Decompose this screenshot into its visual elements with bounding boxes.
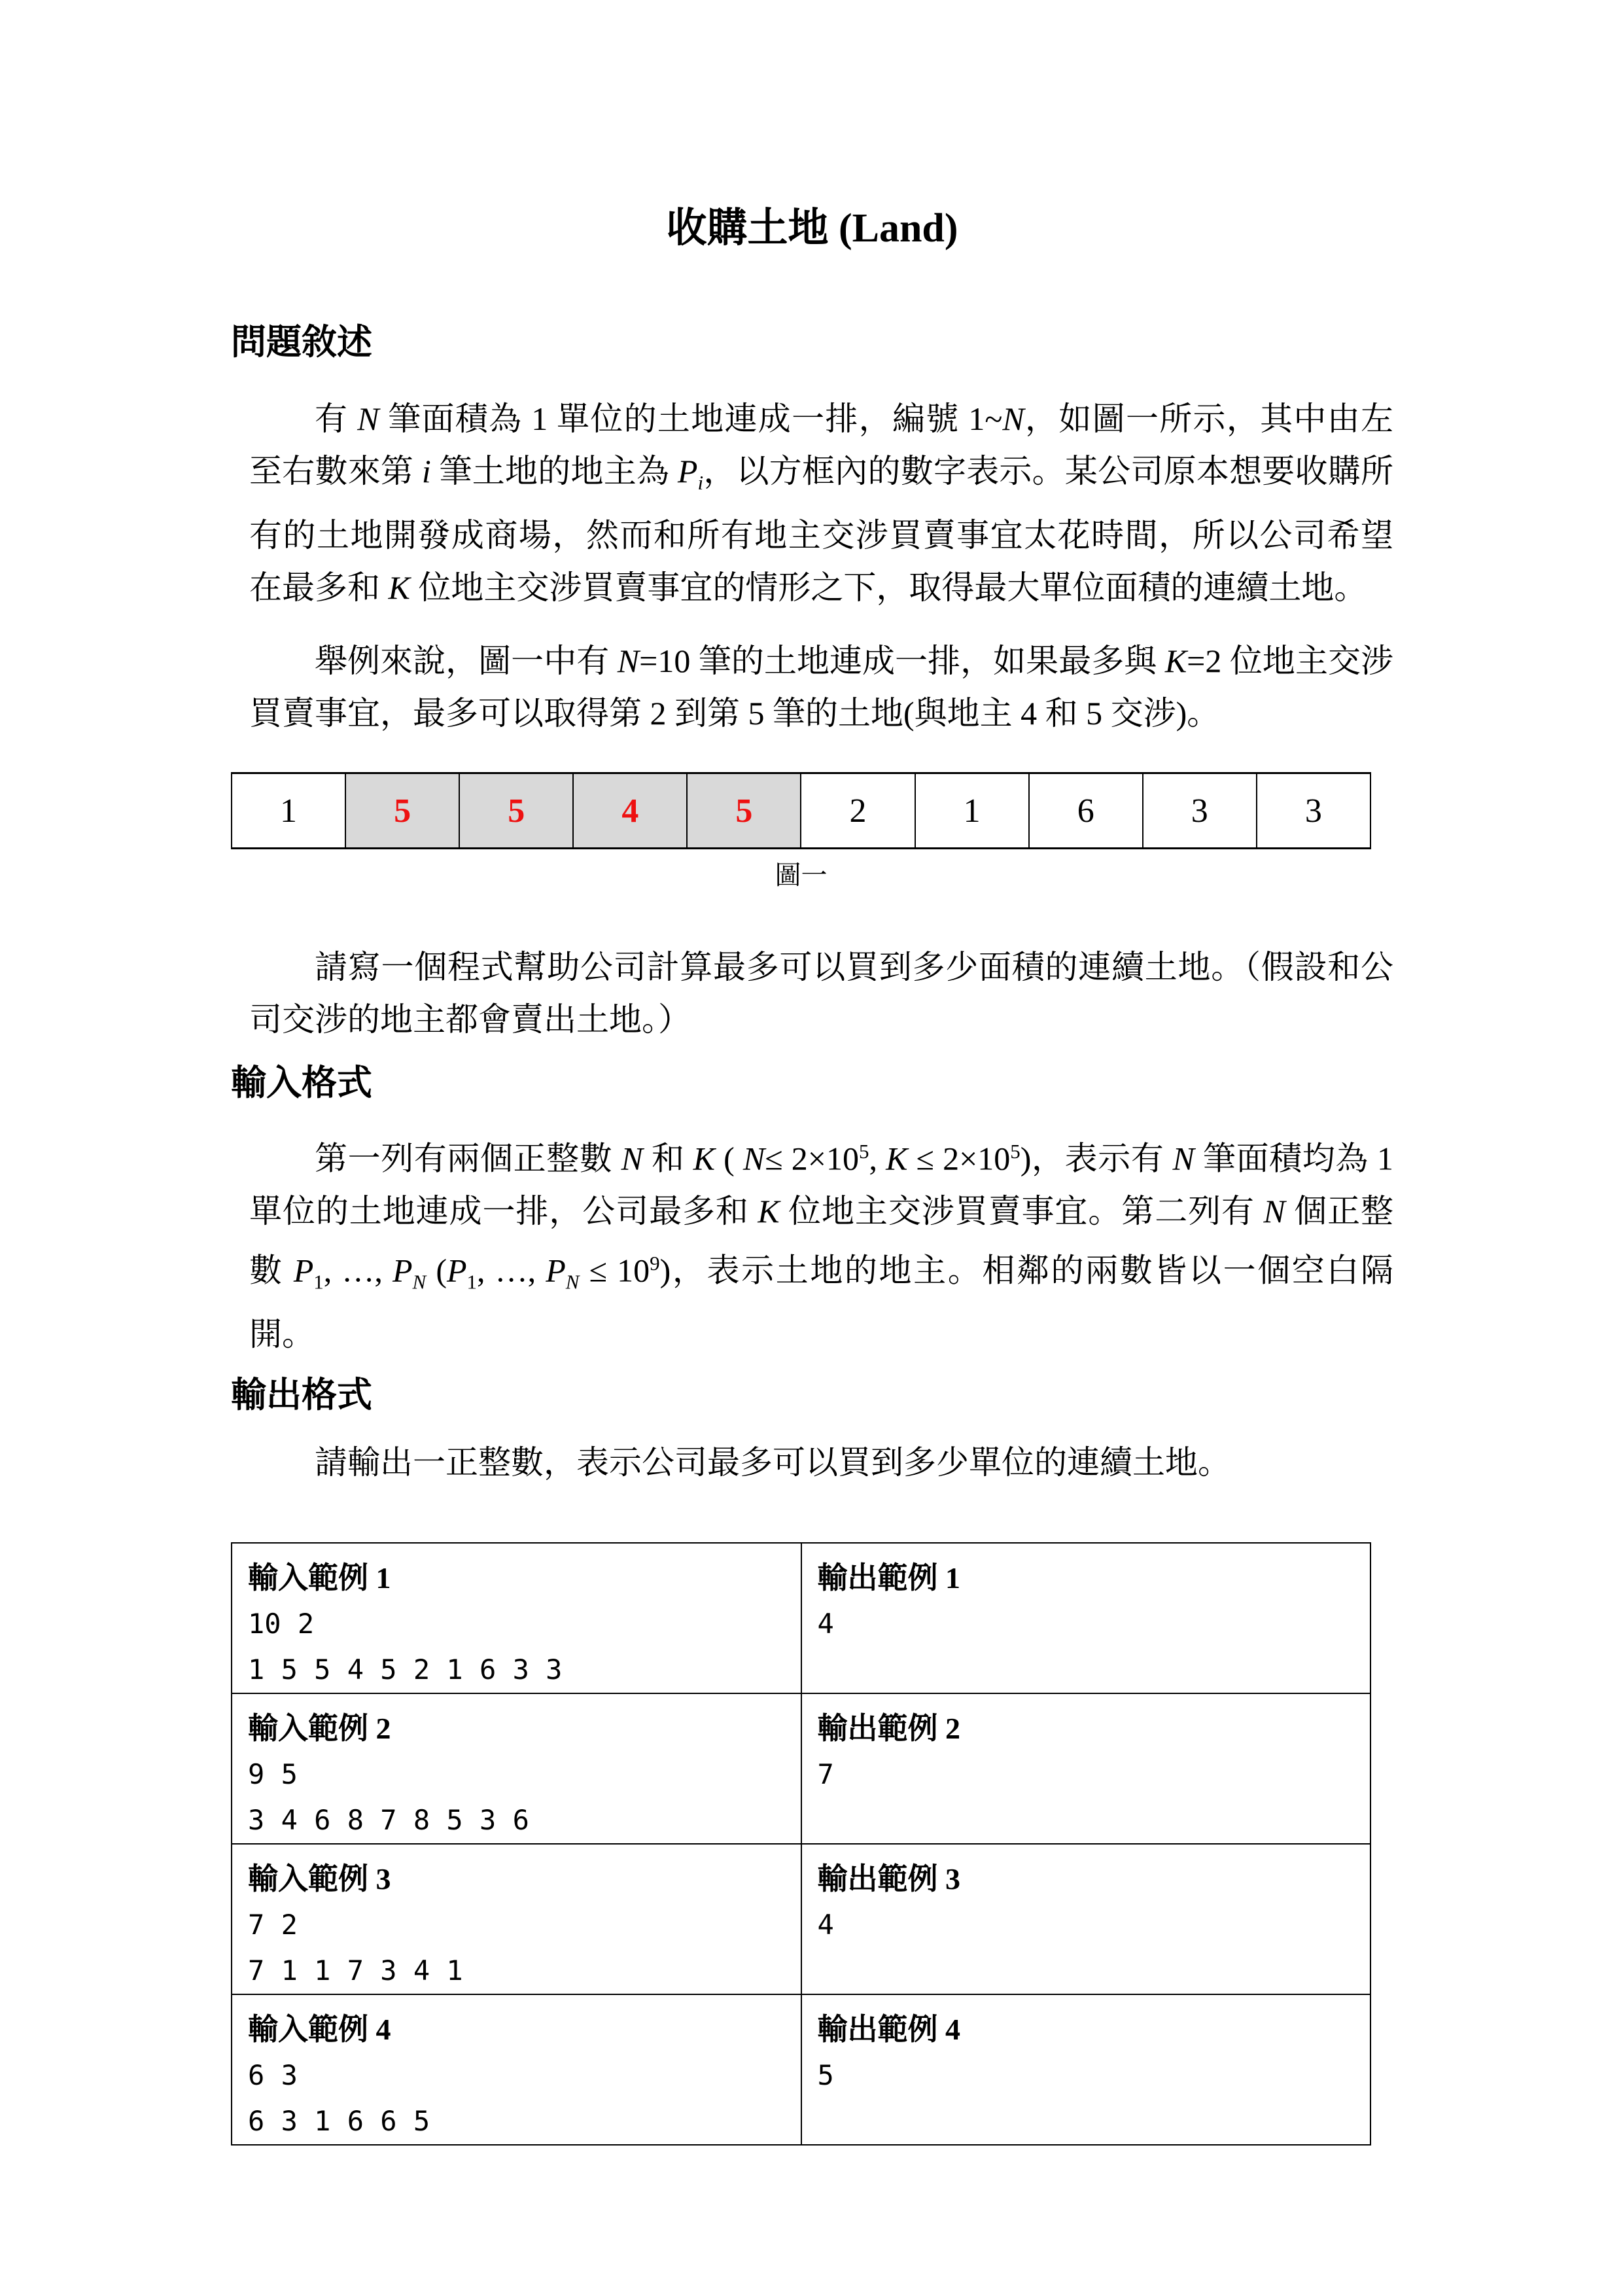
text-segment: ( (426, 1252, 447, 1288)
land-cell: 3 (1256, 774, 1370, 847)
text-segment: 1 (467, 1270, 478, 1293)
example-label: 輸入範例 2 (248, 1706, 794, 1752)
example-code-line: 5 (818, 2053, 1364, 2098)
text-segment: 9 (650, 1252, 660, 1275)
text-segment: K (1165, 643, 1187, 679)
text-segment: K (886, 1140, 907, 1177)
land-cell: 2 (800, 774, 914, 847)
example-code-line: 3 4 6 8 7 8 5 3 6 (248, 1797, 794, 1843)
text-segment: K (389, 569, 410, 606)
text-segment: 有 (315, 400, 357, 437)
land-cell-highlighted: 5 (345, 774, 459, 847)
text-segment: 請寫一個程式幫助公司計算最多可以買到多少面積的連續土地。（假設和公司交涉的地主都… (249, 949, 1393, 1038)
land-cell-highlighted: 5 (459, 774, 572, 847)
example-label: 輸出範例 2 (818, 1706, 1364, 1752)
text-segment: , …, (477, 1252, 546, 1288)
example-input-cell: 輸入範例 29 53 4 6 8 7 8 5 3 6 (232, 1693, 801, 1844)
text-segment: N (1002, 400, 1024, 437)
text-segment: P (678, 453, 698, 489)
example-label: 輸出範例 3 (818, 1856, 1364, 1902)
text-segment: P (294, 1252, 314, 1288)
examples-table-body: 輸入範例 110 21 5 5 4 5 2 1 6 3 3輸出範例 14輸入範例… (232, 1543, 1370, 2145)
text-segment: i (422, 453, 431, 489)
example-row: 輸入範例 37 27 1 1 7 3 4 1輸出範例 34 (232, 1844, 1370, 1994)
example-input-cell: 輸入範例 37 27 1 1 7 3 4 1 (232, 1844, 801, 1994)
land-figure: 1554521633 (231, 772, 1371, 849)
text-segment: )，表示有 (1021, 1140, 1173, 1177)
text-segment: P (447, 1252, 467, 1288)
text-segment: K (693, 1140, 715, 1177)
paragraph-task: 請寫一個程式幫助公司計算最多可以買到多少面積的連續土地。（假設和公司交涉的地主都… (249, 941, 1393, 1046)
example-label: 輸入範例 1 (248, 1555, 794, 1601)
text-segment: 第一列有兩個正整數 (315, 1140, 621, 1177)
text-segment: =10 筆的土地連成一排，如果最多與 (639, 643, 1165, 679)
example-output-cell: 輸出範例 34 (801, 1844, 1371, 1994)
example-row: 輸入範例 46 36 3 1 6 6 5輸出範例 45 (232, 1994, 1370, 2145)
text-segment: N (618, 643, 639, 679)
text-segment: 和 (643, 1140, 693, 1177)
example-code-line: 4 (818, 1902, 1364, 1948)
text-segment: 筆面積為 1 單位的土地連成一排，編號 1~ (379, 400, 1002, 437)
land-cell: 1 (915, 774, 1028, 847)
paragraph-input-format: 第一列有兩個正整數 N 和 K ( N≤ 2×105, K ≤ 2×105)，表… (249, 1125, 1393, 1360)
text-segment: ≤ 10 (579, 1252, 650, 1288)
example-code-line: 7 2 (248, 1902, 794, 1948)
text-segment: P (393, 1252, 413, 1288)
land-cell: 1 (232, 774, 345, 847)
example-code-line: 1 5 5 4 5 2 1 6 3 3 (248, 1647, 794, 1693)
example-row: 輸入範例 110 21 5 5 4 5 2 1 6 3 3輸出範例 14 (232, 1543, 1370, 1693)
text-segment: , …, (324, 1252, 393, 1288)
example-output-cell: 輸出範例 27 (801, 1693, 1371, 1844)
text-segment: 請輸出一正整數，表示公司最多可以買到多少單位的連續土地。 (315, 1444, 1230, 1481)
example-code-line: 10 2 (248, 1601, 794, 1647)
text-segment: ≤ 2×10 (765, 1140, 859, 1177)
text-segment: 5 (1010, 1140, 1021, 1163)
example-code-line: 6 3 1 6 6 5 (248, 2098, 794, 2144)
example-input-cell: 輸入範例 46 36 3 1 6 6 5 (232, 1994, 801, 2145)
section-heading-output: 輸出格式 (231, 1372, 1393, 1418)
text-segment: 位地主交涉買賣事宜的情形之下，取得最大單位面積的連續土地。 (410, 569, 1367, 606)
text-segment: N (413, 1270, 427, 1293)
text-segment: N (566, 1270, 580, 1293)
text-segment: 1 (313, 1270, 324, 1293)
text-segment: 筆土地的地主為 (431, 453, 678, 489)
document-page: 收購土地 (Land) 問題敘述 有 N 筆面積為 1 單位的土地連成一排，編號… (0, 0, 1623, 2296)
example-code-line: 7 1 1 7 3 4 1 (248, 1948, 794, 1994)
example-label: 輸出範例 4 (818, 2007, 1364, 2053)
example-label: 輸入範例 3 (248, 1856, 794, 1902)
land-cell: 6 (1028, 774, 1142, 847)
example-label: 輸出範例 1 (818, 1555, 1364, 1601)
example-code-line: 9 5 (248, 1752, 794, 1797)
text-segment: ≤ 2×10 (907, 1140, 1010, 1177)
figure-caption: 圖一 (231, 857, 1371, 894)
land-cell: 3 (1142, 774, 1256, 847)
text-segment: P (546, 1252, 566, 1288)
text-segment: N (1173, 1140, 1195, 1177)
text-segment: 5 (859, 1140, 869, 1163)
example-code-line: 7 (818, 1752, 1364, 1797)
text-segment: ( (715, 1140, 743, 1177)
land-cell-highlighted: 4 (572, 774, 686, 847)
land-cell-highlighted: 5 (686, 774, 800, 847)
example-output-cell: 輸出範例 45 (801, 1994, 1371, 2145)
text-segment: N (1263, 1193, 1285, 1229)
text-segment: N (743, 1140, 765, 1177)
text-segment: K (758, 1193, 779, 1229)
example-input-cell: 輸入範例 110 21 5 5 4 5 2 1 6 3 3 (232, 1543, 801, 1693)
text-segment: )，表示土地的地主。相鄰的兩數皆以一個空白隔開。 (249, 1252, 1393, 1352)
example-code-line: 4 (818, 1601, 1364, 1647)
document-title: 收購土地 (Land) (231, 203, 1393, 254)
example-row: 輸入範例 29 53 4 6 8 7 8 5 3 6輸出範例 27 (232, 1693, 1370, 1844)
text-segment: 位地主交涉買賣事宜。第二列有 (780, 1193, 1264, 1229)
text-segment: N (357, 400, 379, 437)
paragraph-output-format: 請輸出一正整數，表示公司最多可以買到多少單位的連續土地。 (249, 1436, 1393, 1489)
example-code-line: 6 3 (248, 2053, 794, 2098)
example-label: 輸入範例 4 (248, 2007, 794, 2053)
section-heading-problem: 問題敘述 (231, 319, 1393, 365)
paragraph-problem-intro: 有 N 筆面積為 1 單位的土地連成一排，編號 1~N，如圖一所示，其中由左至右… (249, 393, 1393, 614)
text-segment: , (869, 1140, 886, 1177)
paragraph-problem-example: 舉例來說，圖一中有 N=10 筆的土地連成一排，如果最多與 K=2 位地主交涉買… (249, 635, 1393, 739)
examples-table: 輸入範例 110 21 5 5 4 5 2 1 6 3 3輸出範例 14輸入範例… (231, 1542, 1371, 2146)
text-segment: i (697, 471, 703, 494)
section-heading-input: 輸入格式 (231, 1060, 1393, 1106)
example-output-cell: 輸出範例 14 (801, 1543, 1371, 1693)
text-segment: N (621, 1140, 642, 1177)
text-segment: 舉例來說，圖一中有 (315, 643, 618, 679)
